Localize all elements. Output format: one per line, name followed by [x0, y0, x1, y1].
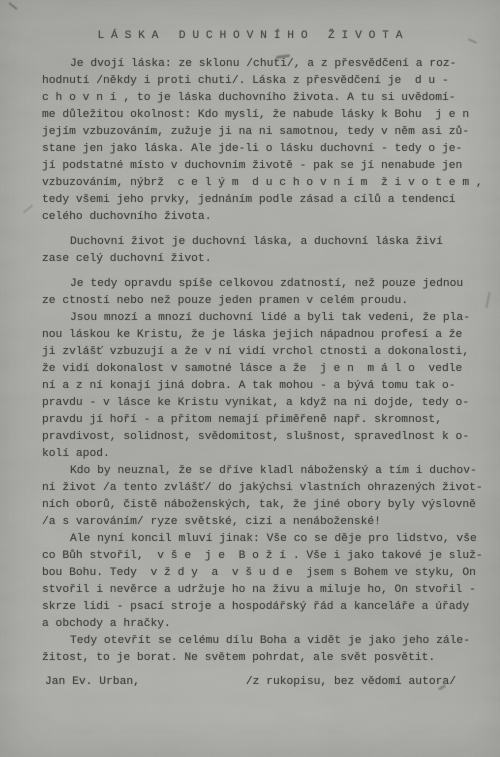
footer-author: Jan Ev. Urban, [45, 676, 140, 688]
document-page: L Á S K A D U C H O V N Í H O Ž I V O T … [0, 0, 500, 757]
footer-source-note: /z rukopisu, bez vědomí autora/ [246, 676, 456, 688]
paragraph-overall-fitness: Je tedy opravdu spíše celkovou zdatností… [42, 276, 500, 310]
document-body: Je dvojí láska: ze sklonu /chuti/, a z p… [42, 56, 500, 667]
paragraph-who-would-deny: Kdo by neuznal, že se dříve kladl nábože… [42, 463, 500, 531]
document-footer: Jan Ev. Urban, /z rukopisu, bez vědomí a… [45, 676, 456, 688]
paragraph-spiritual-life: Duchovní život je duchovní láska, a duch… [42, 234, 500, 268]
paragraph-many-spiritual-people: Jsou mnozí a mnozí duchovní lidé a byli … [42, 310, 500, 463]
paper-smudge [23, 204, 33, 213]
paper-smudge [8, 2, 17, 10]
paragraph-love-two-kinds: Je dvojí láska: ze sklonu /chuti/, a z p… [42, 56, 500, 226]
paragraph-council-speaks: Ale nyní koncil mluví jinak: Vše co se d… [42, 531, 500, 633]
paragraph-open-to-gods-work: Tedy otevřít se celému dílu Boha a vidět… [42, 633, 500, 667]
document-title: L Á S K A D U C H O V N Í H O Ž I V O T … [0, 30, 500, 42]
